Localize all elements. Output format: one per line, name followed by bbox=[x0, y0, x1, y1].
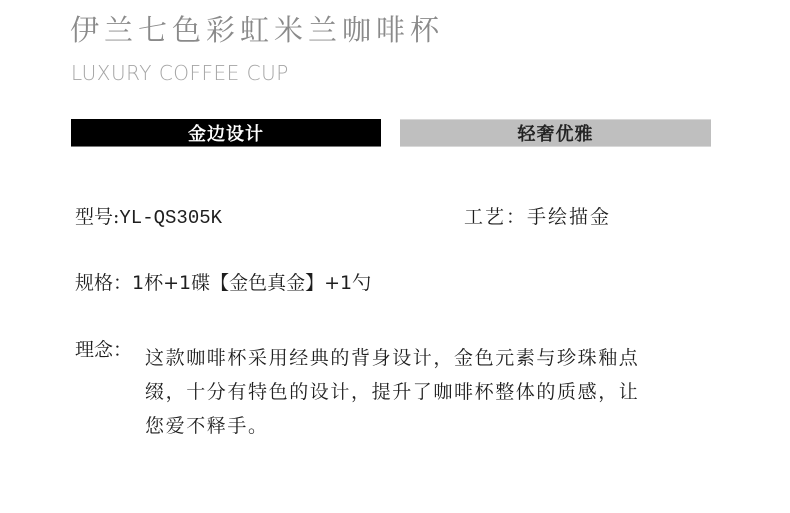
model-value: YL-QS305K bbox=[119, 207, 222, 229]
banner-light-luxury-label: 轻奢优雅 bbox=[518, 120, 594, 146]
spec-value-gold: 【金色真金】 bbox=[210, 272, 324, 294]
spec-value-cup-saucer: 1杯+1碟 bbox=[132, 272, 210, 294]
concept-description: 这款咖啡杯采用经典的背身设计，金色元素与珍珠釉点 缀，十分有特色的设计，提升了咖… bbox=[145, 337, 735, 447]
spec-label: 规格： bbox=[75, 272, 132, 294]
product-subtitle: LUXURY COFFEE CUP bbox=[71, 60, 289, 86]
craft-value: 手绘描金 bbox=[527, 206, 611, 228]
banner-gold-rim-label: 金边设计 bbox=[188, 120, 264, 146]
banner-gold-rim-design: 金边设计 bbox=[71, 119, 381, 147]
model-label: 型号: bbox=[75, 206, 119, 228]
craft-label: 工艺： bbox=[464, 206, 527, 228]
product-title: 伊兰七色彩虹米兰咖啡杯 bbox=[70, 12, 444, 48]
spec-package: 规格：1杯+1碟【金色真金】+1勺 bbox=[75, 270, 371, 296]
concept-label: 理念： bbox=[75, 337, 132, 363]
banner-light-luxury: 轻奢优雅 bbox=[400, 119, 711, 147]
spec-craft: 工艺：手绘描金 bbox=[464, 204, 611, 230]
spec-model: 型号:YL-QS305K bbox=[75, 204, 222, 231]
spec-value-spoon: +1勺 bbox=[324, 272, 371, 294]
